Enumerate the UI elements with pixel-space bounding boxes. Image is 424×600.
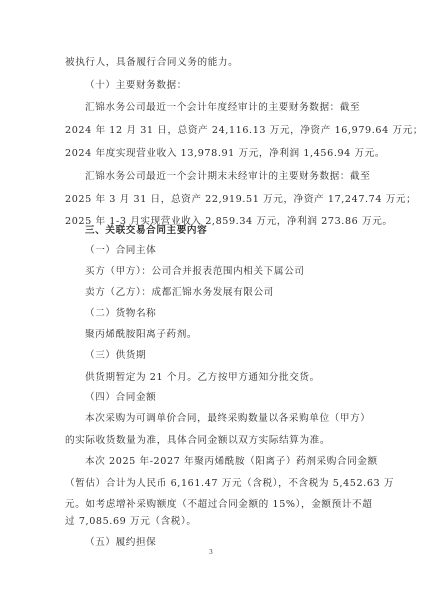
section-heading-financial-data: （十）主要财务数据：	[85, 80, 187, 92]
section-heading-contract-content: 三、关联交易合同主要内容	[85, 225, 207, 237]
paragraph-line: （暂估）合计为人民币 6,161.47 万元（含税），不含税为 5,452.63…	[65, 478, 360, 490]
page-number: 3	[209, 549, 213, 556]
paragraph-line: 被执行人，具备履行合同义务的能力。	[65, 57, 238, 69]
paragraph-line: 过 7,085.69 万元（含税）。	[65, 516, 197, 528]
paragraph-line: 的实际收货数量为准，具体合同金额以双方实际结算为准。	[65, 435, 330, 447]
subsection-heading-contract-parties: （一）合同主体	[85, 245, 156, 257]
paragraph-line: 元。如考虑增补采购额度（不超过合同金额的 15%），金额预计不超	[65, 499, 360, 511]
paragraph-line-seller: 卖方（乙方）：成都汇锦水务发展有限公司	[85, 287, 274, 299]
subsection-heading-supply-period: （三）供货期	[85, 350, 146, 362]
paragraph-line: 汇锦水务公司最近一个会计年度经审计的主要财务数据：截至	[85, 102, 360, 114]
paragraph-line-buyer: 买方（甲方）：公司合并报表范围内相关下属公司	[85, 266, 304, 278]
document-page: 被执行人，具备履行合同义务的能力。 （十）主要财务数据： 汇锦水务公司最近一个会…	[0, 0, 424, 600]
subsection-heading-performance-guarantee: （五）履约担保	[85, 537, 156, 549]
subsection-heading-contract-amount: （四）合同金额	[85, 392, 156, 404]
paragraph-line: 供货期暂定为 21 个月。乙方按甲方通知分批交货。	[85, 372, 320, 384]
paragraph-line: 本次 2025 年-2027 年聚丙烯酰胺（阳离子）药剂采购合同金额	[85, 456, 360, 468]
paragraph-line: 汇锦水务公司最近一个会计期末未经审计的主要财务数据：截至	[85, 171, 360, 183]
paragraph-line: 本次采购为可调单价合同，最终采购数量以各采购单位（甲方）	[85, 413, 360, 425]
paragraph-line: 2024 年度实现营业收入 13,978.91 万元，净利润 1,456.94 …	[65, 148, 385, 160]
paragraph-line: 聚丙烯酰胺阳离子药剂。	[85, 329, 197, 341]
paragraph-line: 2024 年 12 月 31 日，总资产 24,116.13 万元，净资产 16…	[65, 125, 360, 137]
paragraph-line: 2025 年 3 月 31 日，总资产 22,919.51 万元，净资产 17,…	[65, 194, 360, 206]
subsection-heading-goods-name: （二）货物名称	[85, 308, 156, 320]
